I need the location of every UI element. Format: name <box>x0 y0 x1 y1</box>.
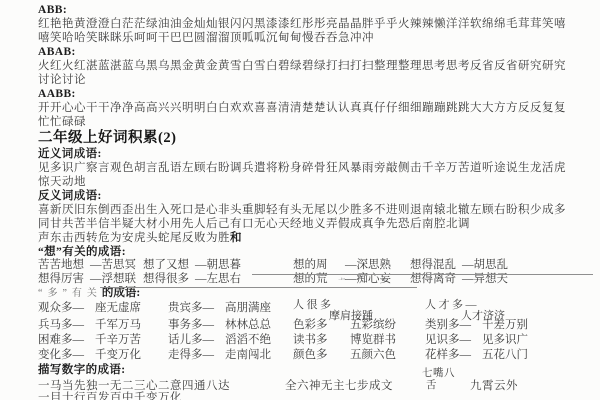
antonyms-heading: 反义词成语: <box>38 189 568 203</box>
duo-table-row: 兵马多—千军万马 事务多—林林总总 色彩多五彩缤纷 类别多—千差万别 <box>38 318 568 333</box>
antonyms-line: 同甘共苦半信半疑大材小用先人后己有口无心天经地义弄假成真争先恐后南腔北调 <box>38 217 568 231</box>
table-cell: 花样多—五花八门 <box>425 348 568 363</box>
duo-table-row: 变化多—千变万化 走得多—走南闯北 颜色多五颜六色 花样多—五花八门 <box>38 348 568 363</box>
idiom-prompt: 想的周 <box>293 259 345 273</box>
idiom-answer: —苦思冥 <box>90 259 136 271</box>
numbers-item-wrapped: 七嘴八舌 <box>422 368 455 392</box>
aabb-line: 开开心心干干净净高高兴兴明明白白欢欢喜喜清清楚楚认认真真仔仔细细蹦蹦跳跳大大方方… <box>38 101 568 115</box>
aabb-line: 忙忙碌碌 <box>38 115 568 129</box>
idiom-answer: 高朋满座 <box>225 302 271 314</box>
numbers-line: 一马当先独一无二三心二意四通八达 全六神无主七步成文 七嘴八舌 九霄云外 <box>38 377 568 391</box>
idiom-prompt: 贵宾多— <box>168 301 225 316</box>
numbers-item: 一马当先独一无二三心二意四通八达 <box>38 377 230 393</box>
table-cell: 苦苦地想—苦思冥 <box>38 259 143 273</box>
table-cell: 事务多—林林总总 <box>168 318 293 333</box>
idiom-prompt: 见识多— <box>425 333 482 348</box>
table-cell: 读书多博览群书 <box>293 333 425 348</box>
synonyms-heading: 近义词成语: <box>38 147 568 161</box>
numbers-item-top: 七嘴八 <box>422 368 455 379</box>
xiang-header-prefix: 和 <box>230 232 242 244</box>
idiom-answer: 千辛万苦 <box>95 334 141 346</box>
antonyms-line-text: 声东击西转危为安虎头蛇尾反败为胜 <box>38 232 230 244</box>
idiom-prompt: 想得混乱 <box>410 259 462 273</box>
clipped-wrap-debris: 到虑想开 <box>295 276 465 280</box>
abb-line: 红艳艳黄澄澄白茫茫绿油油金灿灿银闪闪黑漆漆红彤彤亮晶晶胖乎乎火辣辣懒洋洋软绵绵毛… <box>38 17 568 31</box>
idiom-prompt: 变化多— <box>38 348 95 363</box>
numbers-item: 全六神无主七步成文 <box>285 377 393 393</box>
xiang-table-row: 苦苦地想—苦思冥 想了又想—朝思暮 想的周—深思熟 想得混乱—胡思乱 <box>38 259 568 273</box>
table-cell: 颜色多五颜六色 <box>293 348 425 363</box>
table-cell: 走得多—走南闯北 <box>168 348 293 363</box>
table-cell: 困难多—千辛万苦 <box>38 333 168 348</box>
abab-heading: ABAB: <box>38 45 568 59</box>
antonyms-line: 声东击西转危为安虎头蛇尾反败为胜和 <box>38 231 568 245</box>
idiom-answer: 走南闯北 <box>225 349 271 361</box>
idiom-answer: 五彩缤纷 <box>350 319 396 331</box>
idiom-answer: 见多识广 <box>482 334 528 346</box>
idiom-answer: 林林总总 <box>225 319 271 331</box>
idiom-prompt: 困难多— <box>38 333 95 348</box>
idiom-prompt: 话儿多— <box>168 333 225 348</box>
idiom-answer: 滔滔不绝 <box>225 334 271 346</box>
idiom-prompt: 观众多— <box>38 301 95 316</box>
idiom-prompt: 颜色多 <box>293 348 350 363</box>
abab-line: 火红火红湛蓝湛蓝乌黑乌黑金黄金黄雪白雪白碧绿碧绿打扫打扫整理整理思考思考反省反省… <box>38 59 568 73</box>
idiom-answer: 博览群书 <box>350 334 396 346</box>
idiom-answer: 千变万化 <box>95 349 141 361</box>
idiom-prompt: 花样多— <box>425 348 482 363</box>
table-cell: 色彩多五彩缤纷 <box>293 318 425 333</box>
idiom-answer: 五花八门 <box>482 349 528 361</box>
idiom-answer: —朝思暮 <box>195 259 241 271</box>
numbers-item: 九霄云外 <box>470 377 518 393</box>
idiom-prompt: 想得很多 <box>143 273 195 287</box>
idiom-answer: —深思熟 <box>345 259 391 271</box>
idiom-answer: —左思右 <box>195 273 241 285</box>
duo-heading-fragment: “多”有关 <box>38 288 102 299</box>
antonyms-line: 喜新厌旧东倒西歪出生入死口是心非头重脚轻有头无尾以少胜多不进则退南辕北辙左顾右盼… <box>38 203 568 217</box>
idiom-prompt: 想了又想 <box>143 259 195 273</box>
duo-table-row: 困难多—千辛万苦 话儿多—滔滔不绝 读书多博览群书 见识多—见多识广 <box>38 333 568 348</box>
idiom-prompt: 类别多— <box>425 318 482 333</box>
worksheet-page: ABB: 红艳艳黄澄澄白茫茫绿油油金灿灿银闪闪黑漆漆红彤彤亮晶晶胖乎乎火辣辣懒洋… <box>0 0 600 400</box>
idiom-prompt: 色彩多 <box>293 318 350 333</box>
idiom-prompt: 事务多— <box>168 318 225 333</box>
numbers-item-bottom: 舌 <box>426 380 455 392</box>
idiom-answer: 座无虚席 <box>95 302 141 314</box>
abab-line: 讨论讨论 <box>38 73 568 87</box>
table-cell: 兵马多—千军万马 <box>38 318 168 333</box>
table-cell: 想得混乱—胡思乱 <box>410 259 568 273</box>
page-content: ABB: 红艳艳黄澄澄白茫茫绿油油金灿灿银闪闪黑漆漆红彤彤亮晶晶胖乎乎火辣辣懒洋… <box>38 0 568 400</box>
idiom-answer: —浮想联 <box>90 273 136 285</box>
idiom-prompt: 读书多 <box>293 333 350 348</box>
duo-table-row: 观众多—座无虚席 贵宾多—高朋满座 人很多摩肩接踵 人才多—人才济济 <box>38 301 568 318</box>
table-cell: 想了又想—朝思暮 <box>143 259 293 273</box>
idiom-prompt: 苦苦地想 <box>38 259 90 273</box>
table-rule-right <box>252 274 593 275</box>
idiom-answer: 千差万别 <box>482 319 528 331</box>
page-title: 二年级上好词积累(2) <box>38 129 568 147</box>
duo-heading-text: 的成语: <box>102 287 140 299</box>
xiang-idioms-heading: “想”有关的成语: <box>38 245 568 259</box>
idiom-prompt: 想得厉害 <box>38 273 90 287</box>
idiom-answer: 五颜六色 <box>350 349 396 361</box>
idiom-prompt: 兵马多— <box>38 318 95 333</box>
idiom-answer: 千军万马 <box>95 319 141 331</box>
table-cell: 想得厉害—浮想联 <box>38 273 143 287</box>
synonyms-line: 惊天动地 <box>38 175 568 189</box>
abb-heading: ABB: <box>38 3 568 17</box>
idiom-prompt: 走得多— <box>168 348 225 363</box>
table-rule-left <box>100 287 417 288</box>
table-cell: 话儿多—滔滔不绝 <box>168 333 293 348</box>
abb-line: 嘻笑哈哈笑眯眯乐呵呵干巴巴圆溜溜顶呱呱沉甸甸慢吞吞急冲冲 <box>38 31 568 45</box>
table-cell: 类别多—千差万别 <box>425 318 568 333</box>
table-cell: 想的周—深思熟 <box>293 259 410 273</box>
table-cell: 见识多—见多识广 <box>425 333 568 348</box>
idiom-prompt: 人很多 <box>293 300 334 311</box>
table-cell: 变化多—千变万化 <box>38 348 168 363</box>
idiom-answer: —胡思乱 <box>462 259 508 271</box>
synonyms-line: 见多识广察言观色胡言乱语左顾右盼调兵遣将粉身碎骨狂风暴雨旁敲侧击千辛万苦道听途说… <box>38 161 568 175</box>
numbers-heading: 描写数字的成语: <box>38 363 568 377</box>
aabb-heading: AABB: <box>38 87 568 101</box>
